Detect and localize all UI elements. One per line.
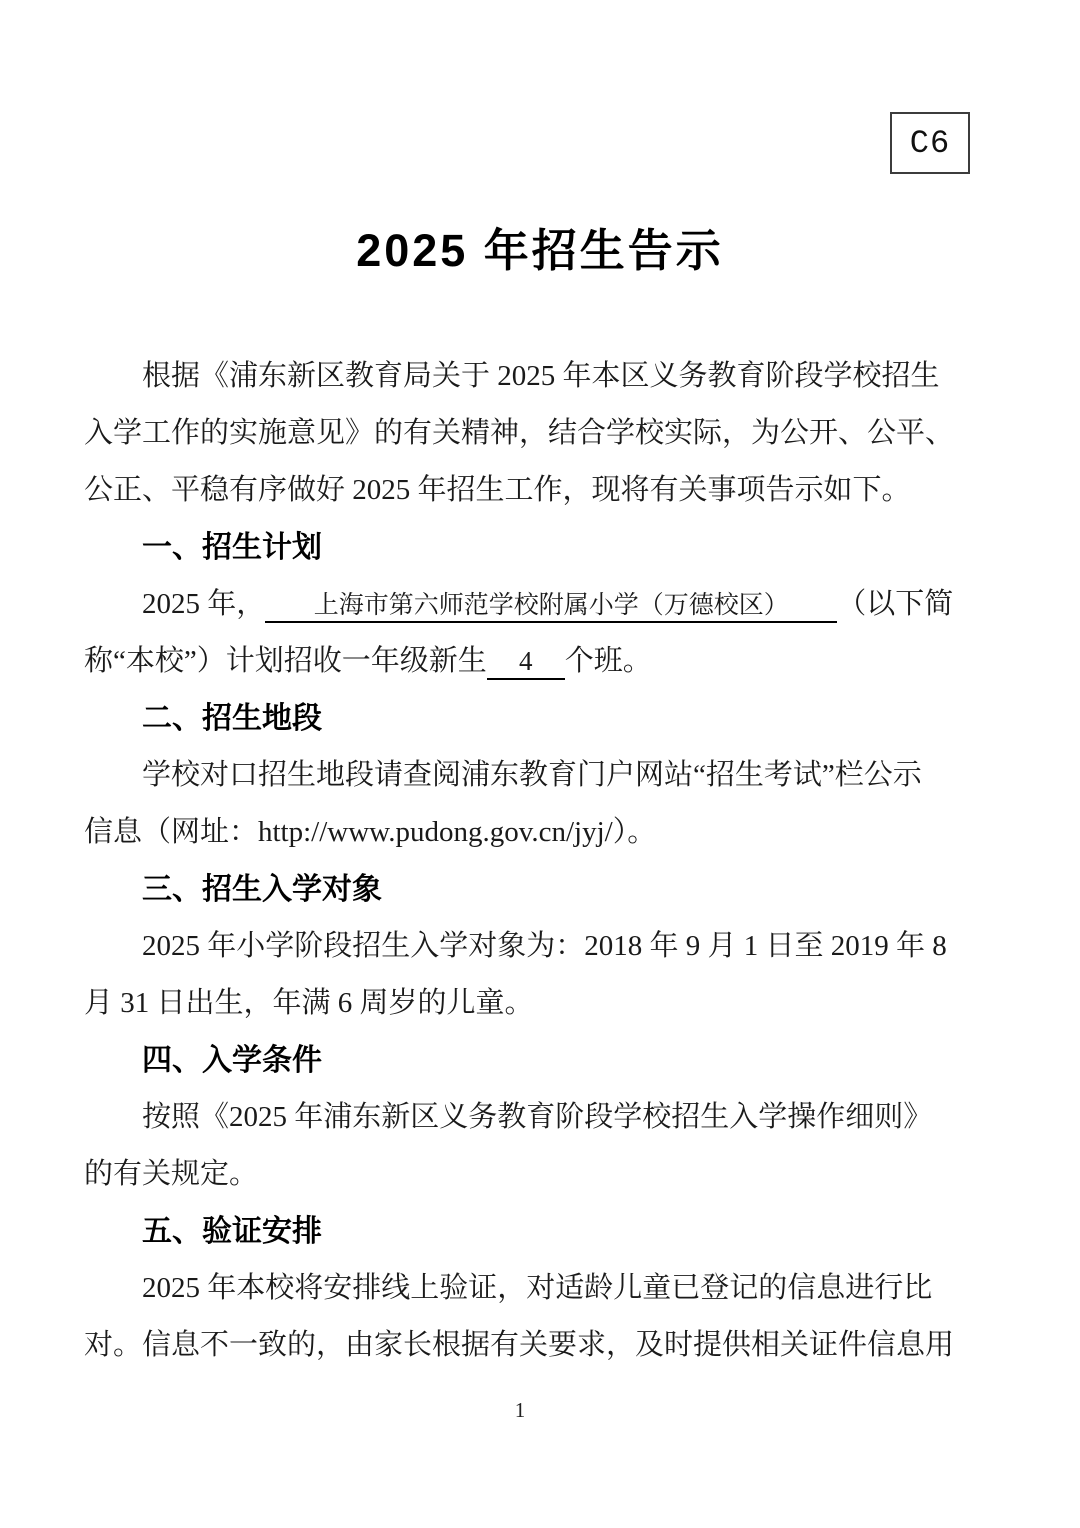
enrollment-plan-line-2: 称“本校”）计划招收一年级新生4个班。 bbox=[84, 633, 962, 690]
section-heading-district: 二、招生地段 bbox=[84, 690, 962, 747]
section-heading-eligibility: 三、招生入学对象 bbox=[84, 861, 962, 918]
section-heading-enrollment-plan: 一、招生计划 bbox=[84, 519, 962, 576]
corner-code-box: C6 bbox=[890, 112, 970, 174]
plan-line2-suffix: 个班。 bbox=[565, 645, 652, 677]
plan-line2-prefix: 称“本校”）计划招收一年级新生 bbox=[84, 645, 487, 677]
document-body: 根据《浦东新区教育局关于 2025 年本区义务教育阶段学校招生 入学工作的实施意… bbox=[84, 348, 962, 1374]
enrollment-plan-line-1: 2025 年，上海市第六师范学校附属小学（万德校区）（以下简 bbox=[84, 576, 962, 633]
section-body-district: 学校对口招生地段请查阅浦东教育门户网站“招生考试”栏公示 信息（网址：http:… bbox=[84, 747, 962, 861]
section-body-eligibility: 2025 年小学阶段招生入学对象为：2018 年 9 月 1 日至 2019 年… bbox=[84, 918, 962, 1032]
intro-paragraph: 根据《浦东新区教育局关于 2025 年本区义务教育阶段学校招生 入学工作的实施意… bbox=[84, 348, 962, 519]
corner-code-label: C6 bbox=[910, 125, 950, 162]
school-name-blank: 上海市第六师范学校附属小学（万德校区） bbox=[265, 591, 837, 623]
school-name-value: 上海市第六师范学校附属小学（万德校区） bbox=[314, 592, 789, 619]
section-body-conditions: 按照《2025 年浦东新区义务教育阶段学校招生入学操作细则》 的有关规定。 bbox=[84, 1089, 962, 1203]
page-title: 2025 年招生告示 bbox=[0, 224, 1080, 278]
page-number: 1 bbox=[0, 1396, 1040, 1424]
section-heading-conditions: 四、入学条件 bbox=[84, 1032, 962, 1089]
class-count-blank: 4 bbox=[487, 644, 565, 680]
class-count-value: 4 bbox=[519, 646, 533, 676]
section-heading-verification: 五、验证安排 bbox=[84, 1203, 962, 1260]
document-page: C6 2025 年招生告示 根据《浦东新区教育局关于 2025 年本区义务教育阶… bbox=[0, 0, 1080, 1528]
section-body-verification: 2025 年本校将安排线上验证，对适龄儿童已登记的信息进行比 对。信息不一致的，… bbox=[84, 1260, 962, 1374]
plan-line1-suffix: （以下简 bbox=[837, 588, 953, 620]
plan-line1-prefix: 2025 年， bbox=[142, 588, 265, 620]
